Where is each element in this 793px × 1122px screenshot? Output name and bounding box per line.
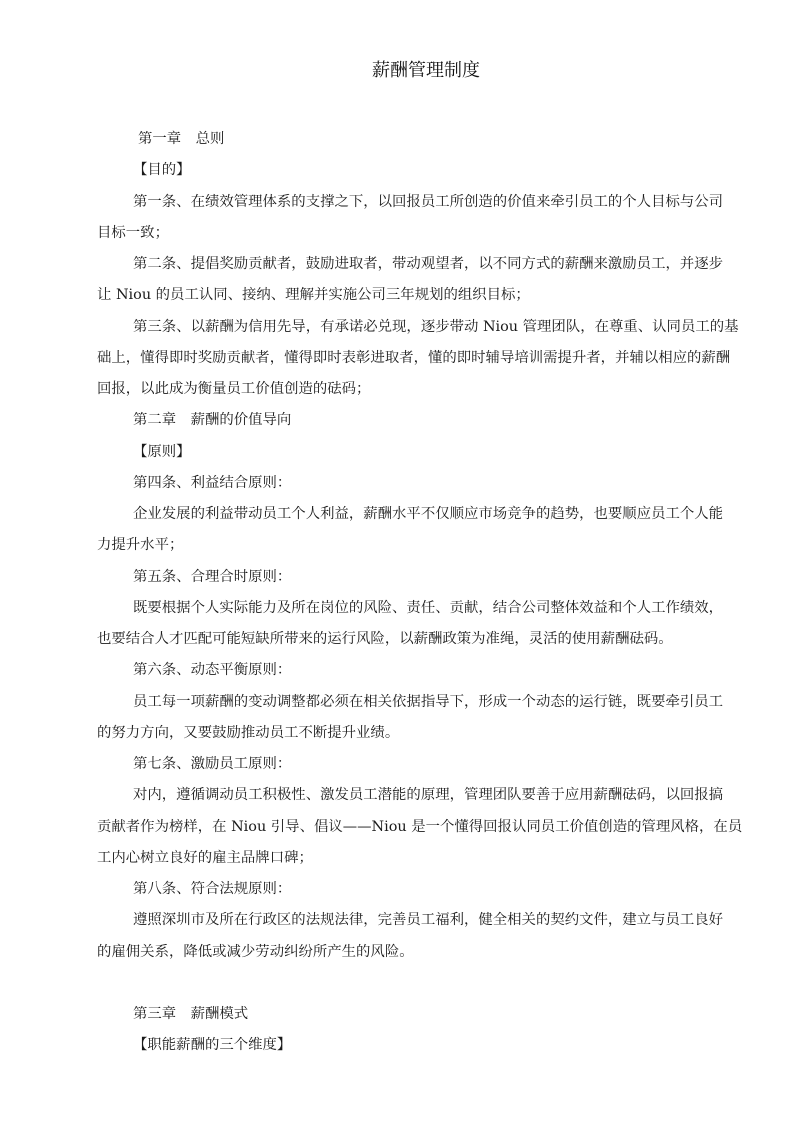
article-heading: 第六条、动态平衡原则： xyxy=(97,655,708,686)
chapter-heading: 第二章 薪酬的价值导向 xyxy=(97,405,708,436)
paragraph-line: 的努力方向，又要鼓励推动员工不断提升业绩。 xyxy=(97,718,708,749)
article-1: 第一条、在绩效管理体系的支撑之下，以回报员工所创造的价值来牵引员工的个人目标与公… xyxy=(97,187,708,250)
paragraph-line: 的雇佣关系，降低或减少劳动纠纷所产生的风险。 xyxy=(97,937,708,968)
article-4: 第四条、利益结合原则： 企业发展的利益带动员工个人利益，薪酬水平不仅顺应市场竞争… xyxy=(97,468,708,562)
paragraph-line: 贡献者作为榜样，在 Niou 引导、倡议——Niou 是一个懂得回报认同员工价值… xyxy=(97,812,708,843)
document-title: 薪酬管理制度 xyxy=(316,58,536,84)
paragraph-line: 企业发展的利益带动员工个人利益，薪酬水平不仅顺应市场竞争的趋势，也要顺应员工个人… xyxy=(97,499,708,530)
paragraph-line: 第一条、在绩效管理体系的支撑之下，以回报员工所创造的价值来牵引员工的个人目标与公… xyxy=(97,187,708,218)
blank-line xyxy=(97,968,708,999)
article-5: 第五条、合理合时原则： 既要根据个人实际能力及所在岗位的风险、责任、贡献，结合公… xyxy=(97,562,708,656)
chapter-heading: 第三章 薪酬模式 xyxy=(97,999,708,1030)
paragraph-line: 第二条、提倡奖励贡献者，鼓励进取者，带动观望者，以不同方式的薪酬来激励员工，并逐… xyxy=(97,249,708,280)
paragraph-line: 础上，懂得即时奖励贡献者，懂得即时表彰进取者，懂的即时辅导培训需提升者，并辅以相… xyxy=(97,343,708,374)
article-8: 第八条、符合法规原则： 遵照深圳市及所在行政区的法规法律，完善员工福利，健全相关… xyxy=(97,874,708,968)
section-label: 【职能薪酬的三个维度】 xyxy=(97,1030,708,1061)
document-body: 第一章 总则 【目的】 第一条、在绩效管理体系的支撑之下，以回报员工所创造的价值… xyxy=(97,124,708,1062)
article-6: 第六条、动态平衡原则： 员工每一项薪酬的变动调整都必须在相关依据指导下，形成一个… xyxy=(97,655,708,749)
paragraph-line: 遵照深圳市及所在行政区的法规法律，完善员工福利，健全相关的契约文件，建立与员工良… xyxy=(97,905,708,936)
article-2: 第二条、提倡奖励贡献者，鼓励进取者，带动观望者，以不同方式的薪酬来激励员工，并逐… xyxy=(97,249,708,312)
article-3: 第三条、以薪酬为信用先导，有承诺必兑现，逐步带动 Niou 管理团队，在尊重、认… xyxy=(97,312,708,406)
paragraph-line: 力提升水平； xyxy=(97,530,708,561)
paragraph-line: 目标一致； xyxy=(97,218,708,249)
paragraph-line: 第三条、以薪酬为信用先导，有承诺必兑现，逐步带动 Niou 管理团队，在尊重、认… xyxy=(97,312,708,343)
article-heading: 第七条、激励员工原则： xyxy=(97,749,708,780)
article-heading: 第五条、合理合时原则： xyxy=(97,562,708,593)
paragraph-line: 也要结合人才匹配可能短缺所带来的运行风险，以薪酬政策为准绳，灵活的使用薪酬砝码。 xyxy=(97,624,708,655)
paragraph-line: 回报，以此成为衡量员工价值创造的砝码； xyxy=(97,374,708,405)
paragraph-line: 既要根据个人实际能力及所在岗位的风险、责任、贡献，结合公司整体效益和个人工作绩效… xyxy=(97,593,708,624)
chapter-heading: 第一章 总则 xyxy=(97,124,708,155)
paragraph-line: 让 Niou 的员工认同、接纳、理解并实施公司三年规划的组织目标； xyxy=(97,280,708,311)
section-label: 【原则】 xyxy=(97,437,708,468)
article-heading: 第八条、符合法规原则： xyxy=(97,874,708,905)
paragraph-line: 工内心树立良好的雇主品牌口碑； xyxy=(97,843,708,874)
section-label: 【目的】 xyxy=(97,155,708,186)
paragraph-line: 员工每一项薪酬的变动调整都必须在相关依据指导下，形成一个动态的运行链，既要牵引员… xyxy=(97,687,708,718)
document-page: 薪酬管理制度 第一章 总则 【目的】 第一条、在绩效管理体系的支撑之下，以回报员… xyxy=(0,0,793,1122)
article-heading: 第四条、利益结合原则： xyxy=(97,468,708,499)
article-7: 第七条、激励员工原则： 对内，遵循调动员工积极性、激发员工潜能的原理，管理团队要… xyxy=(97,749,708,874)
paragraph-line: 对内，遵循调动员工积极性、激发员工潜能的原理，管理团队要善于应用薪酬砝码，以回报… xyxy=(97,780,708,811)
